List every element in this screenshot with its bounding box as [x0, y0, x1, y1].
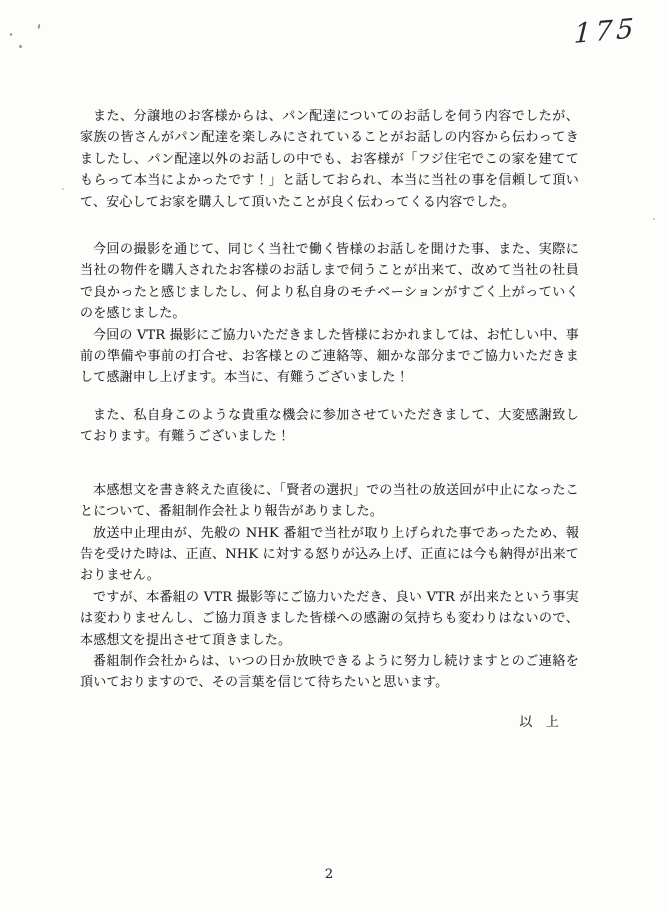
paragraph-vtr-thanks: 今回の VTR 撮影にご協力いただきました皆様におかれましては、お忙しい中、事前… [80, 325, 579, 389]
paragraph-gratitude: また、私自身このような貴重な機会に参加させていただきまして、大変感謝致しておりま… [80, 405, 579, 448]
paragraph-filming-experience: 今回の撮影を通じて、同じく当社で働く皆様のお話しを聞けた事、また、実際に当社の物… [80, 239, 579, 325]
scan-artifact-speck [653, 218, 655, 220]
scan-artifact-speck [19, 45, 22, 48]
document-body: また、分譲地のお客様からは、パン配達についてのお話しを伺う内容でしたが、家族の皆… [80, 106, 579, 733]
handwritten-sheet-number: 175 [573, 13, 638, 50]
paragraph-production-company-promise: 番組制作会社からは、いつの日か放映できるように努力し続けますとのご連絡を頂いてお… [80, 651, 579, 694]
scanned-document-page: 175 また、分譲地のお客様からは、パン配達についてのお話しを伺う内容でしたが、… [0, 0, 670, 913]
scan-artifact-speck [10, 33, 13, 37]
paragraph-broadcast-cancelled: 本感想文を書き終えた直後に、「賢者の選択」での当社の放送回が中止になったことにつ… [80, 480, 579, 523]
paragraph-customer-bread-delivery: また、分譲地のお客様からは、パン配達についてのお話しを伺う内容でしたが、家族の皆… [80, 106, 579, 213]
page-number: 2 [0, 867, 658, 882]
closing-ijou: 以 上 [80, 712, 579, 733]
paragraph-cancellation-reason: 放送中止理由が、先般の NHK 番組で当社が取り上げられた事であったため、報告を… [80, 523, 579, 587]
scan-artifact-speck [62, 188, 64, 190]
scan-artifact-speck [38, 24, 41, 29]
paragraph-submission-reason: ですが、本番組の VTR 撮影等にご協力いただき、良い VTR が出来たという事… [80, 587, 579, 651]
